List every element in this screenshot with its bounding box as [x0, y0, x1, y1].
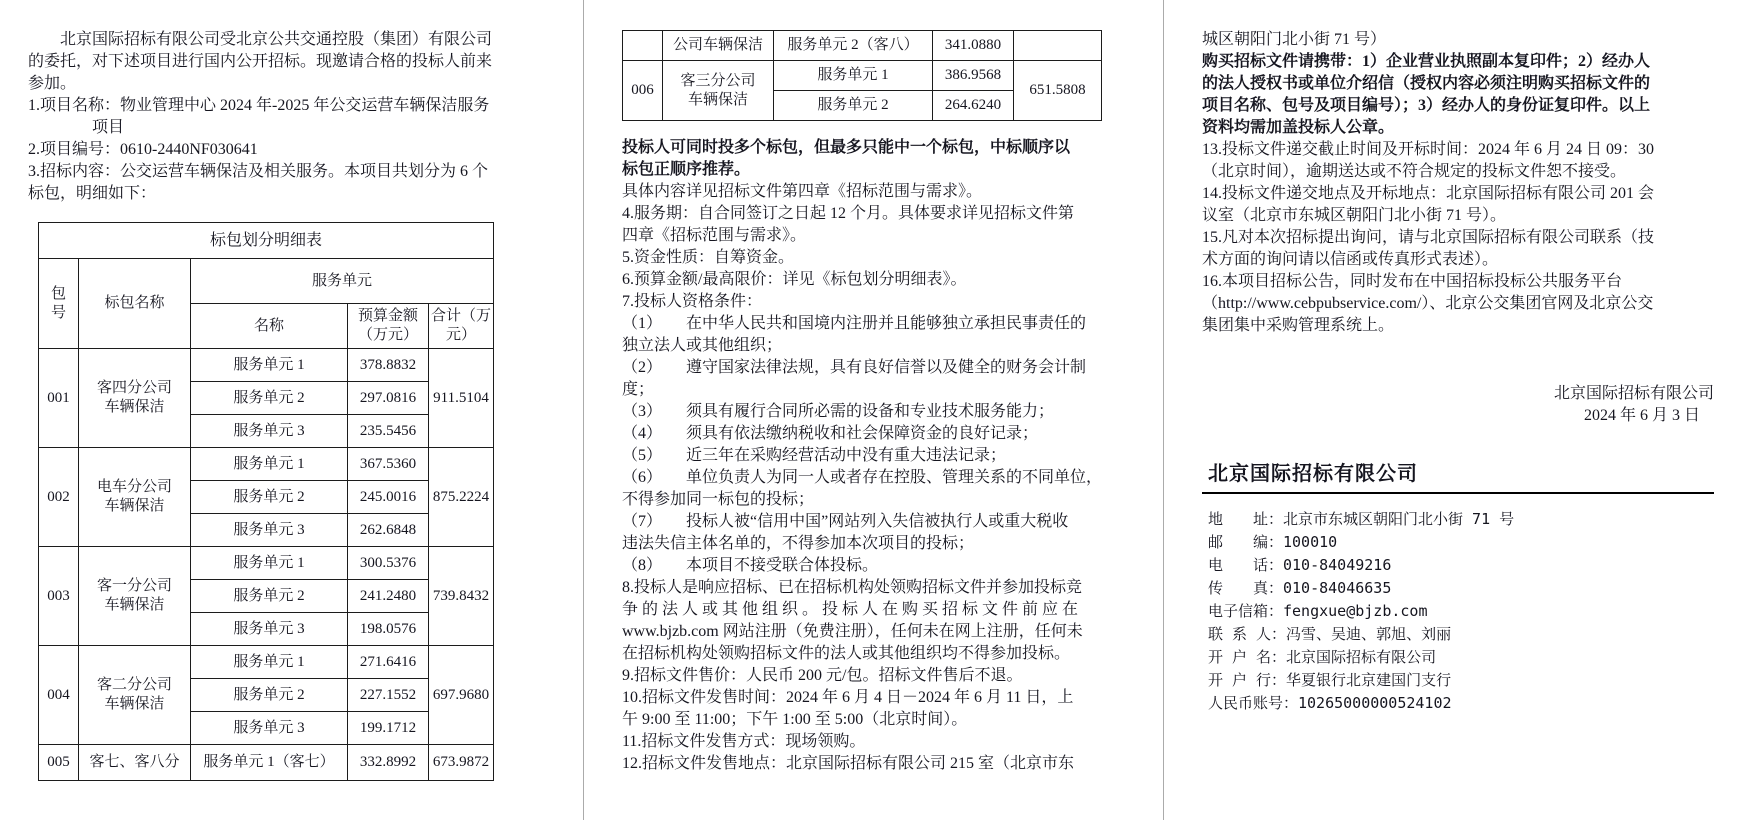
table-row: 001 客四分公司 车辆保洁 服务单元 1 378.8832 911.5104: [39, 349, 494, 382]
unit-name-cell: 服务单元 2: [191, 580, 348, 613]
contact-account-name: 开 户 名：北京国际招标有限公司: [1208, 646, 1714, 669]
pkg-name-cell: 客二分公司 车辆保洁: [79, 646, 191, 745]
project-number-item: 2.项目编号：0610-2440NF030641: [28, 139, 536, 161]
unit-budget-cell: 235.5456: [348, 415, 429, 448]
unit-name-cell: 服务单元 3: [191, 514, 348, 547]
contact-rmb-account: 人民币账号：10265000000524102: [1208, 692, 1714, 715]
unit-budget-cell: 227.1552: [348, 679, 429, 712]
header-budget: 预算金额 （万元）: [348, 304, 429, 349]
detail-note: 具体内容详见招标文件第四章《招标范围与需求》。: [622, 181, 1134, 203]
package-detail-table: 标包划分明细表 包 号 标包名称 服务单元 名称 预算金额 （万元） 合计（万元…: [38, 222, 494, 781]
page-divider: [583, 0, 584, 820]
unit-name-cell: 服务单元 2: [191, 679, 348, 712]
pkg-total-cell: 875.2224: [429, 448, 494, 547]
item-13-deadline: 13.投标文件递交截止时间及开标时间：2024 年 6 月 24 日 09：30…: [1202, 139, 1714, 183]
item-7-sub-8: （8） 本项目不接受联合体投标。: [622, 555, 1134, 577]
item-12-carryover: 城区朝阳门北小街 71 号）: [1202, 29, 1714, 51]
unit-name-cell: 服务单元 1: [774, 61, 933, 91]
pkg-no-cell: [623, 31, 663, 61]
unit-name-cell: 服务单元 1: [191, 646, 348, 679]
contact-phone: 电 话：010-84049216: [1208, 554, 1714, 577]
pkg-name-cell: 客一分公司 车辆保洁: [79, 547, 191, 646]
item-10-sale-time: 10.招标文件发售时间：2024 年 6 月 4 日－2024 年 6 月 11…: [622, 687, 1134, 731]
pkg-total-cell: 697.9680: [429, 646, 494, 745]
contact-bank: 开 户 行：华夏银行北京建国门支行: [1208, 669, 1714, 692]
table-row: 公司车辆保洁 服务单元 2（客八） 341.0880: [623, 31, 1102, 61]
pkg-no-cell: 004: [39, 646, 79, 745]
pkg-no-cell: 006: [623, 61, 663, 121]
unit-name-cell: 服务单元 1: [191, 547, 348, 580]
project-name-item: 1.项目名称：物业管理中心 2024 年-2025 年公交运营车辆保洁服务 项目: [28, 95, 536, 139]
contact-fax: 传 真：010-84046635: [1208, 577, 1714, 600]
unit-budget-cell: 378.8832: [348, 349, 429, 382]
item-16-announcement-platforms: 16.本项目招标公告，同时发布在中国招标投标公共服务平台 （http://www…: [1202, 271, 1714, 337]
item-14-opening-location: 14.投标文件递交地点及开标地点：北京国际招标有限公司 201 会 议室（北京市…: [1202, 183, 1714, 227]
package-detail-table-continued: 公司车辆保洁 服务单元 2（客八） 341.0880 006 客三分公司 车辆保…: [622, 30, 1102, 121]
pkg-total-cell: [1014, 31, 1102, 61]
table-row: 006 客三分公司 车辆保洁 服务单元 1 386.9568 651.5808: [623, 61, 1102, 91]
unit-name-cell: 服务单元 2: [191, 382, 348, 415]
contact-address: 地 址：北京市东城区朝阳门北小街 71 号: [1208, 508, 1714, 531]
pkg-no-cell: 003: [39, 547, 79, 646]
item-7-sub-5: （5） 近三年在采购经营活动中没有重大违法记录；: [622, 445, 1134, 467]
unit-name-cell: 服务单元 3: [191, 613, 348, 646]
signature-company: 北京国际招标有限公司: [1202, 383, 1714, 405]
header-pkg-name: 标包名称: [79, 259, 191, 349]
pkg-name-cell: 电车分公司 车辆保洁: [79, 448, 191, 547]
unit-name-cell: 服务单元 1: [191, 448, 348, 481]
signature-date: 2024 年 6 月 3 日: [1202, 405, 1714, 427]
unit-name-cell: 服务单元 3: [191, 415, 348, 448]
unit-budget-cell: 332.8992: [348, 745, 429, 781]
pkg-name-cell: 客三分公司 车辆保洁: [663, 61, 774, 121]
unit-budget-cell: 367.5360: [348, 448, 429, 481]
item-7-sub-4: （4） 须具有依法缴纳税收和社会保障资金的良好记录；: [622, 423, 1134, 445]
pkg-total-cell: 673.9872: [429, 745, 494, 781]
header-total: 合计（万元）: [429, 304, 494, 349]
pkg-total-cell: 739.8432: [429, 547, 494, 646]
header-unit-name: 名称: [191, 304, 348, 349]
unit-name-cell: 服务单元 2: [191, 481, 348, 514]
item-8-registration: 8.投标人是响应招标、已在招标机构处领购招标文件并参加投标竞 争 的 法 人 或…: [622, 577, 1134, 665]
pkg-name-cell: 公司车辆保洁: [663, 31, 774, 61]
pkg-no-cell: 005: [39, 745, 79, 781]
unit-budget-cell: 341.0880: [933, 31, 1014, 61]
pkg-total-cell: 911.5104: [429, 349, 494, 448]
header-service-unit: 服务单元: [191, 259, 494, 304]
item-7-sub-3: （3） 须具有履行合同所必需的设备和专业技术服务能力；: [622, 401, 1134, 423]
unit-budget-cell: 271.6416: [348, 646, 429, 679]
page-divider: [1163, 0, 1164, 820]
item-5-fund-nature: 5.资金性质：自筹资金。: [622, 247, 1134, 269]
tender-content-item: 3.招标内容：公交运营车辆保洁及相关服务。本项目共划分为 6 个 标包，明细如下…: [28, 161, 536, 205]
unit-budget-cell: 241.2480: [348, 580, 429, 613]
pkg-total-cell: 651.5808: [1014, 61, 1102, 121]
table-title: 标包划分明细表: [39, 223, 494, 259]
table-row: 005 客七、客八分 服务单元 1（客七） 332.8992 673.9872: [39, 745, 494, 781]
pkg-name-cell: 客七、客八分: [79, 745, 191, 781]
table-row: 002 电车分公司 车辆保洁 服务单元 1 367.5360 875.2224: [39, 448, 494, 481]
unit-budget-cell: 300.5376: [348, 547, 429, 580]
contact-postcode: 邮 编：100010: [1208, 531, 1714, 554]
item-11-sale-method: 11.招标文件发售方式：现场领购。: [622, 731, 1134, 753]
item-9-document-price: 9.招标文件售价：人民币 200 元/包。招标文件售后不退。: [622, 665, 1134, 687]
unit-name-cell: 服务单元 2（客八）: [774, 31, 933, 61]
pkg-name-cell: 客四分公司 车辆保洁: [79, 349, 191, 448]
contact-email: 电子信箱：fengxue@bjzb.com: [1208, 600, 1714, 623]
item-15-inquiry: 15.凡对本次招标提出询问，请与北京国际招标有限公司联系（技 术方面的询问请以信…: [1202, 227, 1714, 271]
unit-budget-cell: 386.9568: [933, 61, 1014, 91]
table-row: 004 客二分公司 车辆保洁 服务单元 1 271.6416 697.9680: [39, 646, 494, 679]
contact-section-heading: 北京国际招标有限公司: [1202, 457, 1714, 494]
tender-announcement-document: 北京国际招标有限公司受北京公共交通控股（集团）有限公司 的委托，对下述项目进行国…: [0, 0, 1742, 820]
page-3: 城区朝阳门北小街 71 号） 购买招标文件请携带：1）企业营业执照副本复印件；2…: [1202, 29, 1714, 715]
pkg-no-cell: 002: [39, 448, 79, 547]
unit-budget-cell: 199.1712: [348, 712, 429, 745]
item-6-budget: 6.预算金额/最高限价：详见《标包划分明细表》。: [622, 269, 1134, 291]
unit-budget-cell: 297.0816: [348, 382, 429, 415]
unit-name-cell: 服务单元 3: [191, 712, 348, 745]
pkg-no-cell: 001: [39, 349, 79, 448]
purchase-requirements-bold-note: 购买招标文件请携带：1）企业营业执照副本复印件；2）经办人 的法人授权书或单位介…: [1202, 51, 1714, 139]
item-7-sub-7: （7） 投标人被“信用中国”网站列入失信被执行人或重大税收 违法失信主体名单的，…: [622, 511, 1134, 555]
multi-package-bold-note: 投标人可同时投多个标包，但最多只能中一个标包，中标顺序以 标包正顺序推荐。: [622, 137, 1134, 181]
intro-paragraph: 北京国际招标有限公司受北京公共交通控股（集团）有限公司 的委托，对下述项目进行国…: [28, 29, 536, 95]
unit-budget-cell: 198.0576: [348, 613, 429, 646]
unit-budget-cell: 264.6240: [933, 91, 1014, 121]
unit-budget-cell: 262.6848: [348, 514, 429, 547]
item-7-sub-6: （6） 单位负责人为同一人或者存在控股、管理关系的不同单位， 不得参加同一标包的…: [622, 467, 1134, 511]
unit-budget-cell: 245.0016: [348, 481, 429, 514]
item-7-qualification: 7.投标人资格条件：: [622, 291, 1134, 313]
unit-name-cell: 服务单元 2: [774, 91, 933, 121]
item-7-sub-2: （2） 遵守国家法律法规，具有良好信誉以及健全的财务会计制 度；: [622, 357, 1134, 401]
unit-name-cell: 服务单元 1: [191, 349, 348, 382]
item-7-sub-1: （1） 在中华人民共和国境内注册并且能够独立承担民事责任的 独立法人或其他组织；: [622, 313, 1134, 357]
contact-block: 地 址：北京市东城区朝阳门北小街 71 号 邮 编：100010 电 话：010…: [1202, 508, 1714, 715]
item-12-sale-location: 12.招标文件发售地点：北京国际招标有限公司 215 室（北京市东: [622, 753, 1134, 775]
page-1: 北京国际招标有限公司受北京公共交通控股（集团）有限公司 的委托，对下述项目进行国…: [28, 29, 536, 781]
header-pkg-no: 包 号: [39, 259, 79, 349]
contact-persons: 联 系 人：冯雪、吴迪、郭旭、刘丽: [1208, 623, 1714, 646]
page-2: 公司车辆保洁 服务单元 2（客八） 341.0880 006 客三分公司 车辆保…: [622, 30, 1134, 775]
table-row: 003 客一分公司 车辆保洁 服务单元 1 300.5376 739.8432: [39, 547, 494, 580]
item-4-service-period: 4.服务期：自合同签订之日起 12 个月。具体要求详见招标文件第 四章《招标范围…: [622, 203, 1134, 247]
unit-name-cell: 服务单元 1（客七）: [191, 745, 348, 781]
